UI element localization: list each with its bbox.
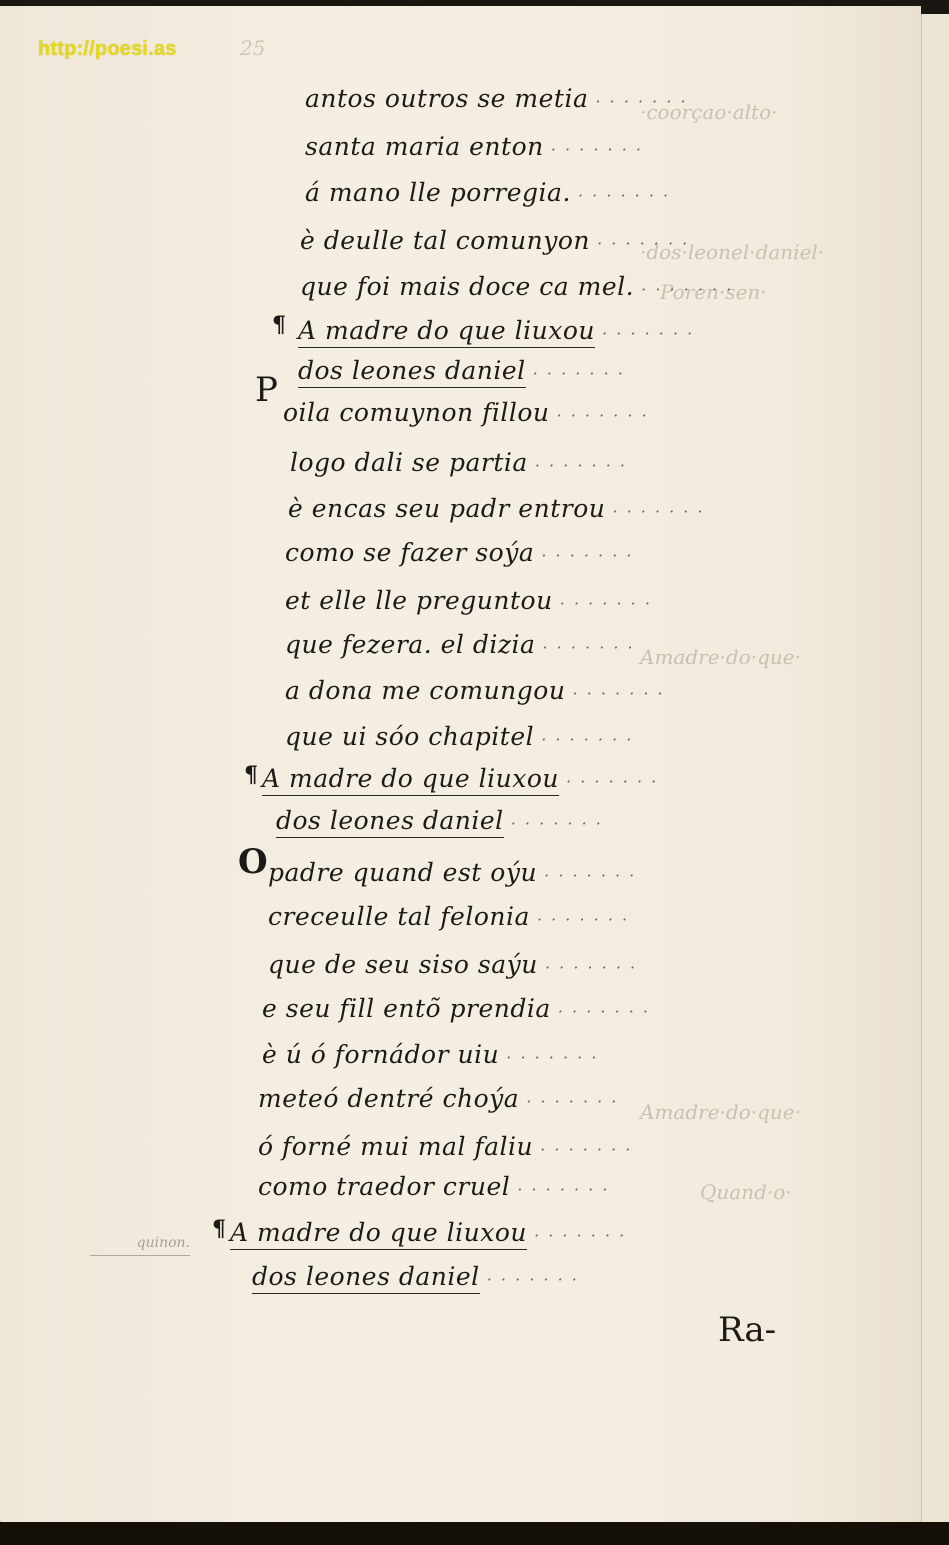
leader-dots: · · · · · · · <box>519 1092 618 1111</box>
verse-text: santa maria enton <box>305 132 544 161</box>
leader-dots: · · · · · · · <box>634 280 733 299</box>
verse-text: logo dali se partia <box>290 448 528 477</box>
leader-dots: · · · · · · · <box>527 1226 626 1245</box>
pilcrow-icon: ¶ <box>212 1216 226 1242</box>
verse-line: è encas seu padr entrou · · · · · · · <box>288 494 705 523</box>
initial-letter-o: O <box>238 842 268 882</box>
verse-line: que de seu siso saýu · · · · · · · <box>268 950 637 979</box>
verse-text: meteó dentré choýa <box>258 1084 519 1113</box>
leader-dots: · · · · · · · <box>551 1002 650 1021</box>
verse-line: padre quand est oýu · · · · · · · <box>268 858 636 887</box>
leader-dots: · · · · · · · <box>499 1048 598 1067</box>
leader-dots: · · · · · · · <box>590 234 689 253</box>
verse-line: è deulle tal comunyon · · · · · · · <box>300 226 689 255</box>
leader-dots: · · · · · · · <box>565 684 664 703</box>
catchword: Ra- <box>718 1310 776 1350</box>
verse-line: e seu fill entõ prendia · · · · · · · <box>262 994 650 1023</box>
verse-line: como traedor cruel · · · · · · · <box>258 1172 609 1201</box>
verse-line: oila comuynon fillou · · · · · · · <box>283 398 649 427</box>
leader-dots: · · · · · · · <box>480 1270 579 1289</box>
bleed-through-text: Quand·o· <box>700 1180 792 1204</box>
verse-text: oila comuynon fillou <box>283 398 549 427</box>
pilcrow-icon: ¶ <box>272 312 286 338</box>
leader-dots: · · · · · · · <box>537 866 636 885</box>
verse-text: dos leones daniel <box>298 356 526 388</box>
verse-line: et elle lle preguntou · · · · · · · <box>285 586 652 615</box>
leader-dots: · · · · · · · <box>526 364 625 383</box>
leader-dots: · · · · · · · <box>504 814 603 833</box>
verse-text: que fezera. el dizia <box>285 630 535 659</box>
leader-dots: · · · · · · · <box>535 638 634 657</box>
margin-note: quinon. <box>90 1235 190 1256</box>
verse-text: è ú ó fornádor uiu <box>262 1040 499 1069</box>
verse-line: ó forné mui mal faliu · · · · · · · <box>258 1132 632 1161</box>
verse-line: è ú ó fornádor uiu · · · · · · · <box>262 1040 598 1069</box>
refrain-line: dos leones daniel · · · · · · · <box>276 806 603 835</box>
verse-text: dos leones daniel <box>252 1262 480 1294</box>
leader-dots: · · · · · · · <box>553 594 652 613</box>
initial-letter-p: P <box>255 370 278 410</box>
verse-text: et elle lle preguntou <box>285 586 553 615</box>
leader-dots: · · · · · · · <box>588 92 687 111</box>
verse-text: que de seu siso saýu <box>268 950 538 979</box>
leader-dots: · · · · · · · <box>510 1180 609 1199</box>
verse-text: creceulle tal felonia <box>268 902 530 931</box>
verse-line: que foi mais doce ca mel. · · · · · · · <box>300 272 733 301</box>
verse-line: como se fazer soýa · · · · · · · <box>285 538 633 567</box>
verse-text: que ui sóo chapitel <box>285 722 534 751</box>
leader-dots: · · · · · · · <box>605 502 704 521</box>
verse-line: santa maria enton · · · · · · · <box>305 132 643 161</box>
verse-text: A madre do que liuxou <box>262 764 559 796</box>
verse-text: como traedor cruel <box>258 1172 510 1201</box>
leader-dots: · · · · · · · <box>571 186 670 205</box>
bleed-through-text: Amadre·do·que· <box>640 645 801 669</box>
verse-line: que fezera. el dizia · · · · · · · <box>285 630 635 659</box>
leader-dots: · · · · · · · <box>538 958 637 977</box>
adjacent-page-edge <box>921 14 949 1522</box>
verse-text: que foi mais doce ca mel. <box>300 272 634 301</box>
binding-shadow <box>0 1522 949 1545</box>
leader-dots: · · · · · · · <box>533 1140 632 1159</box>
leader-dots: · · · · · · · <box>534 546 633 565</box>
watermark-url[interactable]: http://poesi.as <box>38 38 177 61</box>
verse-text: antos outros se metia <box>305 84 588 113</box>
leader-dots: · · · · · · · <box>534 730 633 749</box>
refrain-line: A madre do que liuxou · · · · · · · <box>262 764 658 793</box>
verse-text: è deulle tal comunyon <box>300 226 590 255</box>
verse-text: A madre do que liuxou <box>230 1218 527 1250</box>
verse-text: ó forné mui mal faliu <box>258 1132 533 1161</box>
verse-line: logo dali se partia · · · · · · · <box>290 448 627 477</box>
verse-line: á mano lle porregia. · · · · · · · <box>305 178 670 207</box>
leader-dots: · · · · · · · <box>559 772 658 791</box>
verse-text: dos leones daniel <box>276 806 504 838</box>
refrain-line: A madre do que liuxou · · · · · · · <box>298 316 694 345</box>
refrain-line: A madre do que liuxou · · · · · · · <box>230 1218 626 1247</box>
pilcrow-icon: ¶ <box>244 762 258 788</box>
leader-dots: · · · · · · · <box>528 456 627 475</box>
verse-line: que ui sóo chapitel · · · · · · · <box>285 722 633 751</box>
verse-text: como se fazer soýa <box>285 538 534 567</box>
verse-text: è encas seu padr entrou <box>288 494 605 523</box>
refrain-line: dos leones daniel · · · · · · · <box>252 1262 579 1291</box>
leader-dots: · · · · · · · <box>544 140 643 159</box>
leader-dots: · · · · · · · <box>595 324 694 343</box>
verse-line: antos outros se metia · · · · · · · <box>305 84 688 113</box>
folio-number: 25 <box>240 36 265 60</box>
verse-text: e seu fill entõ prendia <box>262 994 551 1023</box>
leader-dots: · · · · · · · <box>530 910 629 929</box>
verse-text: padre quand est oýu <box>268 858 537 887</box>
verse-text: A madre do que liuxou <box>298 316 595 348</box>
verse-line: creceulle tal felonia · · · · · · · <box>268 902 629 931</box>
verse-text: á mano lle porregia. <box>305 178 571 207</box>
verse-line: meteó dentré choýa · · · · · · · <box>258 1084 618 1113</box>
leader-dots: · · · · · · · <box>549 406 648 425</box>
refrain-line: dos leones daniel · · · · · · · <box>298 356 625 385</box>
bleed-through-text: Amadre·do·que· <box>640 1100 801 1124</box>
verse-text: a dona me comungou <box>285 676 565 705</box>
verse-line: a dona me comungou · · · · · · · <box>285 676 665 705</box>
